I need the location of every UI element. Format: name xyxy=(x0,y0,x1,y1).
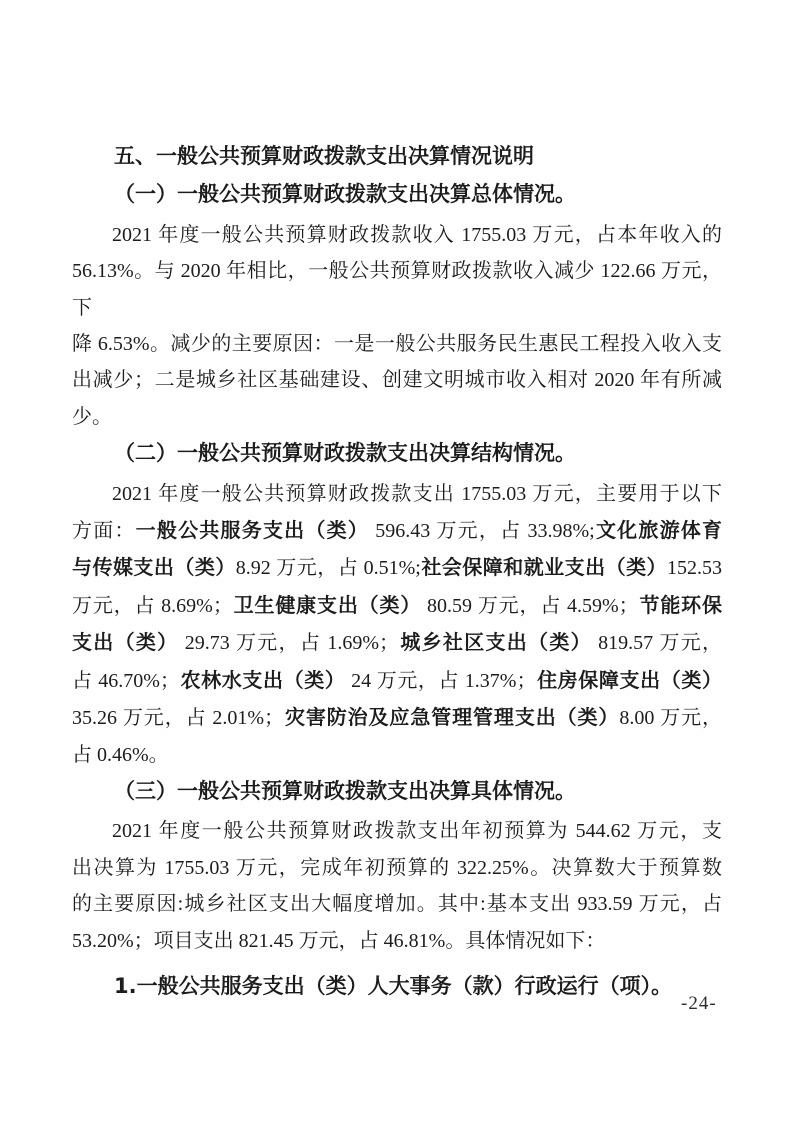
text-run-bold: 支出（类） xyxy=(72,630,178,654)
text-run: 35.26 万元，占 2.01%； xyxy=(72,707,284,729)
paragraph-line: 2021 年度一般公共预算财政拨款支出年初预算为 544.62 万元，支 xyxy=(72,813,722,849)
heading-subsection-3: （三）一般公共预算财政拨款支出决算具体情况。 xyxy=(72,773,722,809)
page-number: -24- xyxy=(681,994,717,1014)
paragraph-line: 少。 xyxy=(72,399,722,435)
text-run: 8.00 万元， xyxy=(619,707,722,729)
text-run: 596.43 万元，占 33.98%; xyxy=(369,520,595,542)
text-run: 万元，占 8.69%； xyxy=(72,595,233,617)
heading-item-1: 1.一般公共服务支出（类）人大事务（款）行政运行（项）。 xyxy=(72,968,722,1004)
text-run-bold: 文化旅游体育 xyxy=(595,518,722,542)
text-run: 8.92 万元，占 0.51%; xyxy=(236,557,421,579)
heading-subsection-2: （二）一般公共预算财政拨款支出决算结构情况。 xyxy=(72,435,722,471)
text-run: 24 万元，占 1.37%； xyxy=(345,670,536,692)
text-run-bold: 住房保障支出（类） xyxy=(536,668,722,692)
paragraph-line: 出减少；二是城乡社区基础建设、创建文明城市收入相对 2020 年有所减 xyxy=(72,362,722,398)
paragraph-line: 方面：一般公共服务支出（类） 596.43 万元，占 33.98%;文化旅游体育 xyxy=(72,512,722,549)
heading-subsection-1: （一）一般公共预算财政拨款支出决算总体情况。 xyxy=(72,176,722,212)
text-run-bold: 卫生健康支出（类） xyxy=(233,593,421,617)
text-run: 方面： xyxy=(72,520,136,542)
document-page: 五、一般公共预算财政拨款支出决算情况说明 （一）一般公共预算财政拨款支出决算总体… xyxy=(0,0,793,1122)
text-run-bold: 与传媒支出（类） xyxy=(72,555,236,579)
text-run-bold: 节能环保 xyxy=(639,593,722,617)
text-run: 80.59 万元，占 4.59%； xyxy=(421,595,639,617)
text-run: 占 0.46%。 xyxy=(72,744,169,766)
text-run: 29.73 万元，占 1.69%； xyxy=(178,632,399,654)
paragraph-line: 降 6.53%。减少的主要原因：一是一般公共服务民生惠民工程投入收入支 xyxy=(72,326,722,362)
paragraph-line: 占 0.46%。 xyxy=(72,737,722,773)
text-run-bold: 农林水支出（类） xyxy=(180,668,346,692)
text-run-bold: 一般公共服务支出（类） xyxy=(136,518,369,542)
paragraph-line: 出决算为 1755.03 万元，完成年初预算的 322.25%。决算数大于预算数 xyxy=(72,850,722,886)
paragraph-line: 56.13%。与 2020 年相比，一般公共预算财政拨款收入减少 122.66 … xyxy=(72,253,722,326)
heading-section-5: 五、一般公共预算财政拨款支出决算情况说明 xyxy=(72,138,722,174)
text-run: 152.53 xyxy=(667,557,722,579)
text-run: 819.57 万元， xyxy=(592,632,722,654)
paragraph-line: 35.26 万元，占 2.01%；灾害防治及应急管理管理支出（类）8.00 万元… xyxy=(72,699,722,736)
paragraph-line: 2021 年度一般公共预算财政拨款支出 1755.03 万元，主要用于以下 xyxy=(72,476,722,512)
text-run: 2021 年度一般公共预算财政拨款支出 1755.03 万元，主要用于以下 xyxy=(112,483,722,505)
paragraph-line: 支出（类） 29.73 万元，占 1.69%；城乡社区支出（类） 819.57 … xyxy=(72,624,722,661)
text-run: 占 46.70%； xyxy=(72,670,180,692)
paragraph-line: 占 46.70%；农林水支出（类） 24 万元，占 1.37%；住房保障支出（类… xyxy=(72,662,722,699)
text-run-bold: 城乡社区支出（类） xyxy=(399,630,592,654)
paragraph-line: 的主要原因:城乡社区支出大幅度增加。其中:基本支出 933.59 万元，占 xyxy=(72,886,722,922)
text-run-bold: 社会保障和就业支出（类） xyxy=(421,555,667,579)
paragraph-line: 2021 年度一般公共预算财政拨款收入 1755.03 万元，占本年收入的 xyxy=(72,217,722,253)
paragraph-line: 与传媒支出（类）8.92 万元，占 0.51%;社会保障和就业支出（类）152.… xyxy=(72,549,722,586)
document-content: 五、一般公共预算财政拨款支出决算情况说明 （一）一般公共预算财政拨款支出决算总体… xyxy=(72,138,722,1004)
paragraph-line: 万元，占 8.69%；卫生健康支出（类） 80.59 万元，占 4.59%；节能… xyxy=(72,587,722,624)
paragraph-line: 53.20%；项目支出 821.45 万元，占 46.81%。具体情况如下： xyxy=(72,923,722,959)
text-run-bold: 灾害防治及应急管理管理支出（类） xyxy=(284,705,619,729)
